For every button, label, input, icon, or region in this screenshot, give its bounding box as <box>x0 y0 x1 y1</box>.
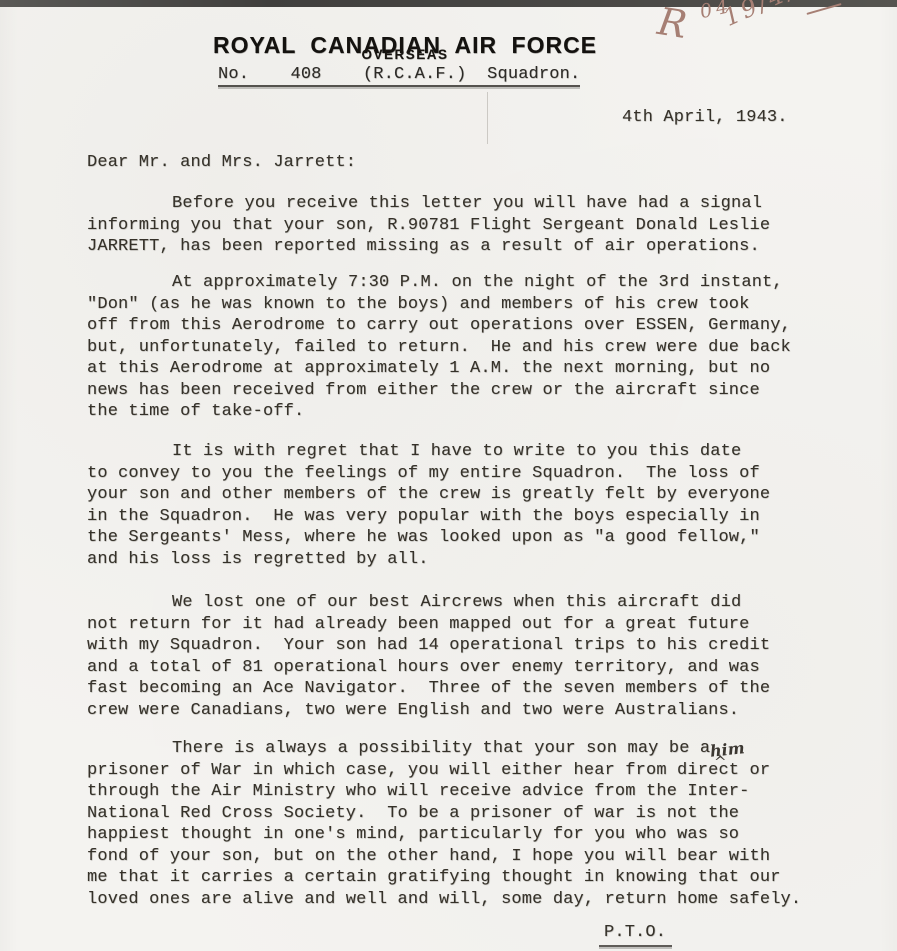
handwritten-insertion: him ^ <box>700 742 760 774</box>
paper-crease <box>487 92 488 144</box>
letter-date: 4th April, 1943. <box>622 107 788 129</box>
insertion-caret-icon: ^ <box>714 755 727 770</box>
squadron-line: No. 408 (R.C.A.F.) Squadron. <box>218 65 580 87</box>
paragraph-1: Before you receive this letter you will … <box>87 193 832 258</box>
pto-footer: P.T.O. <box>599 922 672 947</box>
handwritten-pen-stroke <box>806 3 841 15</box>
scanned-letter-page: R 04 19/4/4 ROYAL CANADIAN AIR FORCE OVE… <box>0 0 897 951</box>
salutation: Dear Mr. and Mrs. Jarrett: <box>87 152 832 174</box>
paragraph-2: At approximately 7:30 P.M. on the night … <box>87 272 832 423</box>
handwritten-date: 19/4/4 <box>720 0 817 30</box>
paragraph-3: It is with regret that I have to write t… <box>87 441 832 570</box>
letterhead-subtitle: OVERSEAS <box>0 47 810 62</box>
paragraph-4: We lost one of our best Aircrews when th… <box>87 592 832 721</box>
